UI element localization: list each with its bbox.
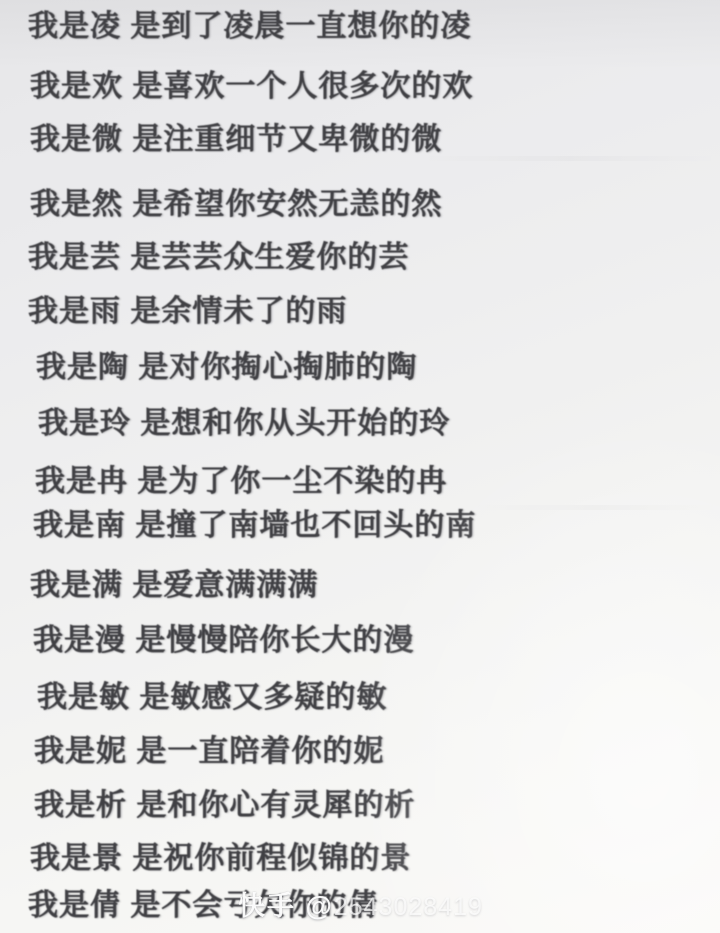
text-line: 我是欢 是喜欢一个人很多次的欢 (0, 65, 720, 109)
poem-text-block: 我是凌 是到了凌晨一直想你的凌 我是欢 是喜欢一个人很多次的欢 我是微 是注重细… (0, 0, 720, 933)
text-line: 我是微 是注重细节又卑微的微 (0, 118, 720, 162)
kuaishou-user-id: 2543028419 (334, 893, 483, 921)
text-line: 我是景 是祝你前程似锦的景 (0, 837, 720, 881)
text-line: 我是玲 是想和你从头开始的玲 (0, 402, 720, 446)
text-line: 我是凌 是到了凌晨一直想你的凌 (0, 5, 720, 49)
text-line: 我是冉 是为了你一尘不染的冉 (0, 460, 720, 504)
kuaishou-brand-text: 快手 @ (238, 891, 334, 921)
text-line: 我是南 是撞了南墙也不回头的南 (0, 504, 720, 548)
text-line: 我是妮 是一直陪着你的妮 (0, 730, 720, 774)
kuaishou-watermark: 快手 @2543028419 (238, 884, 483, 923)
text-line: 我是敏 是敏感又多疑的敏 (0, 676, 720, 720)
text-line: 我是析 是和你心有灵犀的析 (0, 784, 720, 828)
text-line: 我是雨 是余情未了的雨 (0, 290, 720, 334)
text-line: 我是然 是希望你安然无恙的然 (0, 183, 720, 227)
text-line: 我是芸 是芸芸众生爱你的芸 (0, 236, 720, 280)
video-frame: 我是凌 是到了凌晨一直想你的凌 我是欢 是喜欢一个人很多次的欢 我是微 是注重细… (0, 0, 720, 933)
text-line: 我是漫 是慢慢陪你长大的漫 (0, 619, 720, 663)
text-line: 我是满 是爱意满满满 (0, 564, 720, 608)
text-line: 我是陶 是对你掏心掏肺的陶 (0, 346, 720, 390)
